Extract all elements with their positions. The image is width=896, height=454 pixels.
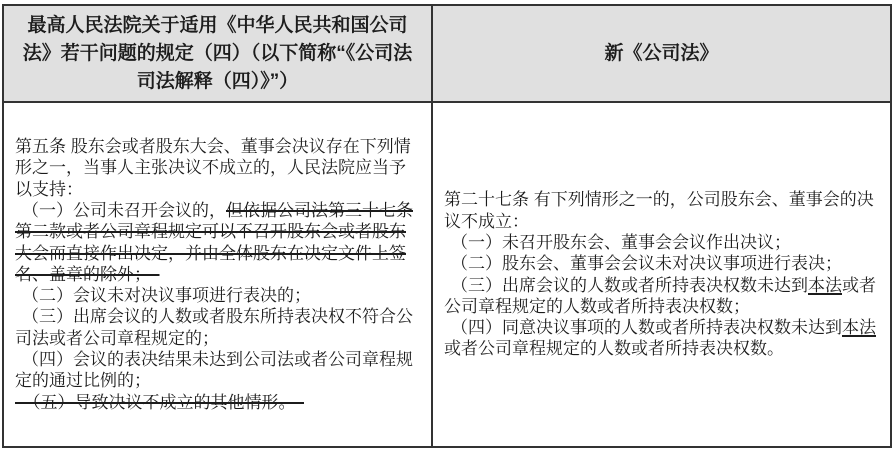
header-cell-new-company-law: 新《公司法》 <box>433 6 890 103</box>
paragraph: （二）股东会、董事会会议未对决议事项进行表决； <box>444 253 879 274</box>
text-run-underline: 本法 <box>842 318 876 337</box>
text-run: 第五条 股东会或者股东大会、董事会决议存在下列情形之一，当事人主张决议不成立的，… <box>15 137 411 199</box>
comparison-table: 最高人民法院关于适用《中华人民共和国公司法》若干问题的规定（四）（以下简称“《公… <box>2 4 892 448</box>
text-run: （四）同意决议事项的人数或者所持表决权数未达到 <box>451 318 842 337</box>
paragraph: （二）会议未对决议事项进行表决的； <box>15 285 420 306</box>
paragraph: （三）出席会议的人数或者股东所持表决权不符合公司法或者公司章程规定的； <box>15 306 420 349</box>
paragraph: （四）会议的表决结果未达到公司法或者公司章程规定的通过比例的； <box>15 349 420 392</box>
text-run: （一）公司未召开会议的， <box>22 201 226 220</box>
text-run: 第二十七条 有下列情形之一的，公司股东会、董事会的决议不成立： <box>444 190 874 230</box>
text-run-strike: （五）导致决议不成立的其他情形。 <box>15 393 304 412</box>
header-cell-judicial-interpretation: 最高人民法院关于适用《中华人民共和国公司法》若干问题的规定（四）（以下简称“《公… <box>4 6 433 103</box>
text-run: （三）出席会议的人数或者所持表决权数未达到 <box>451 276 808 295</box>
paragraph: （四）同意决议事项的人数或者所持表决权数未达到本法或者公司章程规定的人数或者所持… <box>444 317 879 360</box>
paragraph: （五）导致决议不成立的其他情形。 <box>15 392 420 413</box>
text-run: （三）出席会议的人数或者股东所持表决权不符合公司法或者公司章程规定的； <box>15 307 413 347</box>
text-run: （二）会议未对决议事项进行表决的； <box>22 286 311 305</box>
paragraph: 第二十七条 有下列情形之一的，公司股东会、董事会的决议不成立： <box>444 189 879 232</box>
paragraph: （三）出席会议的人数或者所持表决权数未达到本法或者公司章程规定的人数或者所持表决… <box>444 275 879 318</box>
text-run-underline: 本法 <box>808 276 842 295</box>
text-run: 或者公司章程规定的人数或者所持表决权数。 <box>444 339 784 358</box>
body-cell-new-company-law: 第二十七条 有下列情形之一的，公司股东会、董事会的决议不成立：（一）未召开股东会… <box>433 103 890 446</box>
body-cell-judicial-interpretation: 第五条 股东会或者股东大会、董事会决议存在下列情形之一，当事人主张决议不成立的，… <box>4 103 433 446</box>
text-run: （二）股东会、董事会会议未对决议事项进行表决； <box>451 254 842 273</box>
paragraph: 第五条 股东会或者股东大会、董事会决议存在下列情形之一，当事人主张决议不成立的，… <box>15 136 420 200</box>
paragraph: （一）未召开股东会、董事会会议作出决议； <box>444 232 879 253</box>
paragraph: （一）公司未召开会议的，但依据公司法第三十七条第二款或者公司章程规定可以不召开股… <box>15 200 420 285</box>
text-run: （四）会议的表决结果未达到公司法或者公司章程规定的通过比例的； <box>15 350 413 390</box>
text-run: （一）未召开股东会、董事会会议作出决议； <box>451 233 791 252</box>
